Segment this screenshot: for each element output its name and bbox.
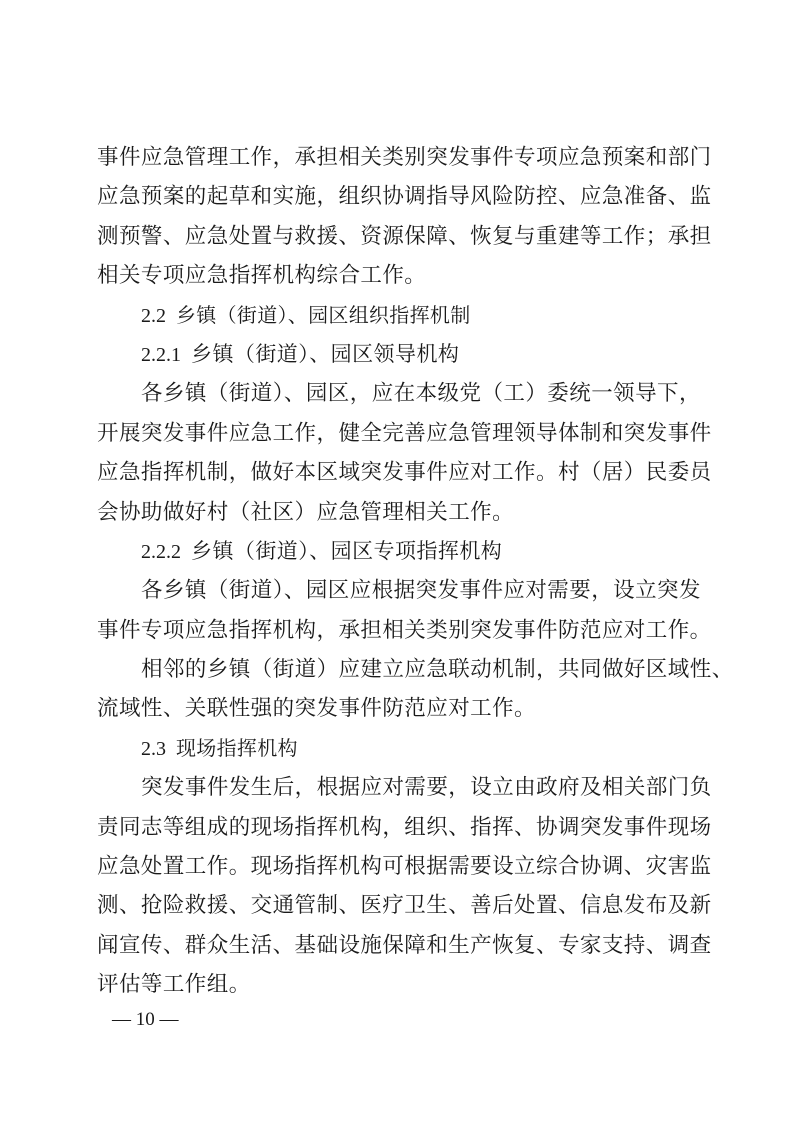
- section-heading-2-2-2: 2.2.2乡镇（街道）、园区专项指挥机构: [97, 532, 697, 571]
- paragraph-line: 评估等工作组。: [97, 965, 697, 1004]
- paragraph-line: 流域性、关联性强的突发事件防范应对工作。: [97, 689, 697, 728]
- section-title: 乡镇（街道）、园区领导机构: [191, 342, 459, 366]
- body-line: 相关专项应急指挥机构综合工作。: [97, 256, 697, 295]
- paragraph-line: 应急处置工作。现场指挥机构可根据需要设立综合协调、灾害监: [97, 847, 697, 886]
- paragraph-line: 开展突发事件应急工作，健全完善应急管理领导体制和突发事件: [97, 414, 697, 453]
- paragraph-line: 会协助做好村（社区）应急管理相关工作。: [97, 493, 697, 532]
- section-number: 2.2.2: [141, 541, 181, 563]
- section-title: 乡镇（街道）、园区专项指挥机构: [191, 539, 502, 563]
- body-line: 事件应急管理工作，承担相关类别突发事件专项应急预案和部门: [97, 138, 697, 177]
- section-number: 2.3: [141, 738, 166, 760]
- paragraph-line: 事件专项应急指挥机构，承担相关类别突发事件防范应对工作。: [97, 611, 697, 650]
- paragraph-line: 突发事件发生后，根据应对需要，设立由政府及相关部门负: [97, 768, 697, 807]
- body-line: 应急预案的起草和实施，组织协调指导风险防控、应急准备、监: [97, 177, 697, 216]
- section-heading-2-3: 2.3现场指挥机构: [97, 729, 697, 768]
- section-title: 现场指挥机构: [176, 736, 298, 760]
- paragraph-line: 责同志等组成的现场指挥机构，组织、指挥、协调突发事件现场: [97, 808, 697, 847]
- paragraph-line: 各乡镇（街道）、园区，应在本级党（工）委统一领导下，: [97, 374, 697, 413]
- section-number: 2.2: [141, 305, 166, 327]
- paragraph-line: 测、抢险救援、交通管制、医疗卫生、善后处置、信息发布及新: [97, 886, 697, 925]
- body-line: 测预警、应急处置与救援、资源保障、恢复与重建等工作；承担: [97, 217, 697, 256]
- section-heading-2-2: 2.2乡镇（街道）、园区组织指挥机制: [97, 296, 697, 335]
- section-number: 2.2.1: [141, 344, 181, 366]
- paragraph-line: 闻宣传、群众生活、基础设施保障和生产恢复、专家支持、调查: [97, 926, 697, 965]
- page-number: — 10 —: [112, 1009, 179, 1031]
- section-title: 乡镇（街道）、园区组织指挥机制: [176, 303, 471, 327]
- paragraph-line: 各乡镇（街道）、园区应根据突发事件应对需要，设立突发: [97, 571, 697, 610]
- document-page: 事件应急管理工作，承担相关类别突发事件专项应急预案和部门 应急预案的起草和实施，…: [97, 138, 697, 1005]
- section-heading-2-2-1: 2.2.1乡镇（街道）、园区领导机构: [97, 335, 697, 374]
- paragraph-line: 应急指挥机制，做好本区域突发事件应对工作。村（居）民委员: [97, 453, 697, 492]
- paragraph-line: 相邻的乡镇（街道）应建立应急联动机制，共同做好区域性、: [97, 650, 697, 689]
